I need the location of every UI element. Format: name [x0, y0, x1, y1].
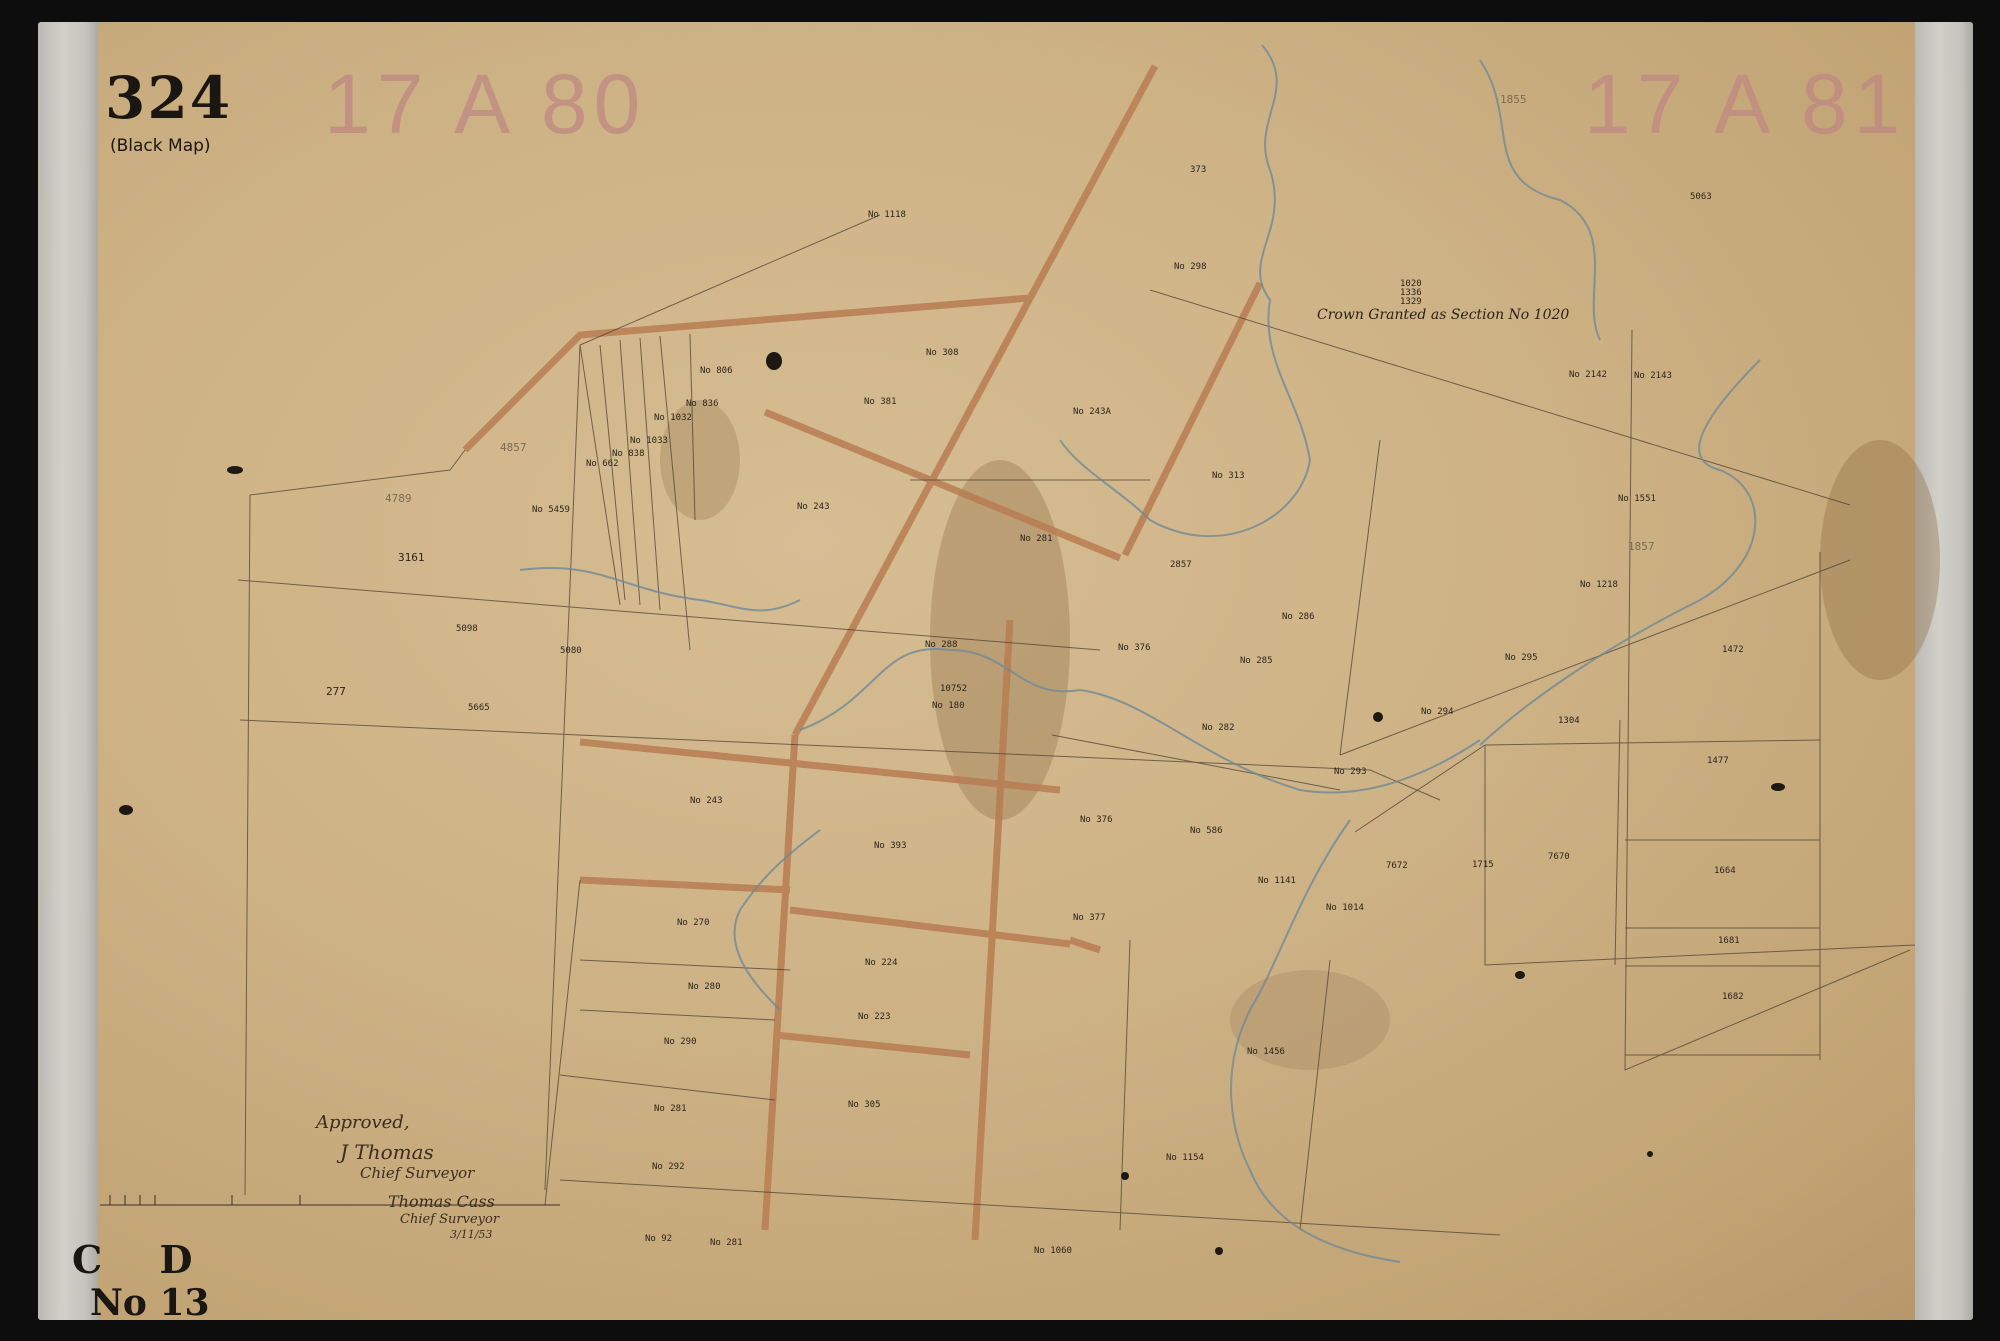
second-signature: Thomas Cass: [388, 1192, 495, 1211]
lot-label: No 1118: [868, 210, 906, 220]
lot-label: 5080: [560, 646, 582, 656]
crown-grant-note: Crown Granted as Section No 1020: [1317, 307, 1569, 323]
lot-label: 5098: [456, 624, 478, 634]
crown-grant-table-row: 1329: [1400, 297, 1422, 307]
lot-label: 1681: [1718, 936, 1740, 946]
lot-label: No 282: [1202, 723, 1235, 733]
lot-label: 4857: [500, 441, 527, 454]
approval-date: 3/11/53: [450, 1228, 492, 1241]
lot-label: No 243A: [1073, 407, 1111, 417]
lot-label: No 288: [925, 640, 958, 650]
lot-label: No 1060: [1034, 1246, 1072, 1256]
lot-label: No 290: [664, 1037, 697, 1047]
lot-label: 1477: [1707, 756, 1729, 766]
lot-label: 1715: [1472, 860, 1494, 870]
lot-label: No 1141: [1258, 876, 1296, 886]
grid-reference-right: 17 A 81: [1584, 56, 1906, 153]
lot-label: No 381: [864, 397, 897, 407]
roads: [465, 66, 1260, 1240]
lot-boundaries: [238, 215, 1915, 1235]
series-code: C D: [72, 1237, 214, 1282]
lot-label: No 223: [858, 1012, 891, 1022]
lot-label: 1304: [1558, 716, 1580, 726]
creeks: [520, 45, 1760, 1262]
lot-label: No 377: [1073, 913, 1106, 923]
grid-reference-left: 17 A 80: [324, 56, 646, 153]
lot-label: No 1218: [1580, 580, 1618, 590]
lot-label: No 305: [848, 1100, 881, 1110]
second-title: Chief Surveyor: [400, 1212, 499, 1227]
lot-label: No 376: [1118, 643, 1151, 653]
lot-label: No 838: [612, 449, 645, 459]
lot-label: No 281: [654, 1104, 687, 1114]
lot-label: No 92: [645, 1234, 672, 1244]
lot-label: 7670: [1548, 852, 1570, 862]
lot-label: No 2142: [1569, 370, 1607, 380]
lot-label: No 2143: [1634, 371, 1672, 381]
lot-label: No 280: [688, 982, 721, 992]
lot-label: No 1456: [1247, 1047, 1285, 1057]
lot-label: No 5459: [532, 505, 570, 515]
lot-label: 1857: [1628, 540, 1655, 553]
lot-label: No 836: [686, 399, 719, 409]
lot-label: 373: [1190, 165, 1206, 175]
lot-label: No 1551: [1618, 494, 1656, 504]
approver-signature: J Thomas: [340, 1140, 434, 1164]
lot-label: 5063: [1690, 192, 1712, 202]
lot-label: No 393: [874, 841, 907, 851]
lot-label: No 180: [932, 701, 965, 711]
lot-label: 5665: [468, 703, 490, 713]
lot-label: No 1154: [1166, 1153, 1204, 1163]
lot-label: No 1032: [654, 413, 692, 423]
lot-label: No 586: [1190, 826, 1223, 836]
lot-label: 3161: [398, 551, 425, 564]
lot-label: No 292: [652, 1162, 685, 1172]
water-stains: [660, 400, 1940, 1070]
lot-label: No 281: [1020, 534, 1053, 544]
lot-label: No 281: [710, 1238, 743, 1248]
lot-label: 4789: [385, 492, 412, 505]
sheet-subtitle: (Black Map): [110, 136, 211, 156]
lot-label: 1682: [1722, 992, 1744, 1002]
lot-label: 10752: [940, 684, 967, 694]
lot-label: No 298: [1174, 262, 1207, 272]
lot-label: No 295: [1505, 653, 1538, 663]
approver-title: Chief Surveyor: [360, 1164, 474, 1182]
sheet-number: 324: [105, 64, 232, 132]
lot-label: 1664: [1714, 866, 1736, 876]
lot-label: No 270: [677, 918, 710, 928]
lot-label: No 243: [797, 502, 830, 512]
lot-label: 1472: [1722, 645, 1744, 655]
lot-label: No 376: [1080, 815, 1113, 825]
lot-label: No 293: [1334, 767, 1367, 777]
lot-label: No 313: [1212, 471, 1245, 481]
lot-label: 2857: [1170, 560, 1192, 570]
lot-label: No 1014: [1326, 903, 1364, 913]
lot-label: No 285: [1240, 656, 1273, 666]
lot-label: No 806: [700, 366, 733, 376]
lot-label: No 308: [926, 348, 959, 358]
lot-label: No 662: [586, 459, 619, 469]
lot-label: 7672: [1386, 861, 1408, 871]
survey-map-sheet: 324 (Black Map) 17 A 80 17 A 81 Crown Gr…: [38, 22, 1973, 1320]
lot-label: No 294: [1421, 707, 1454, 717]
lot-label: No 286: [1282, 612, 1315, 622]
lot-label: No 224: [865, 958, 898, 968]
series-number: No 13: [90, 1282, 210, 1320]
lot-label: 1855: [1500, 93, 1527, 106]
approval-label: Approved,: [316, 1112, 410, 1133]
lot-label: 277: [326, 685, 346, 698]
lot-label: No 243: [690, 796, 723, 806]
lot-label: No 1033: [630, 436, 668, 446]
